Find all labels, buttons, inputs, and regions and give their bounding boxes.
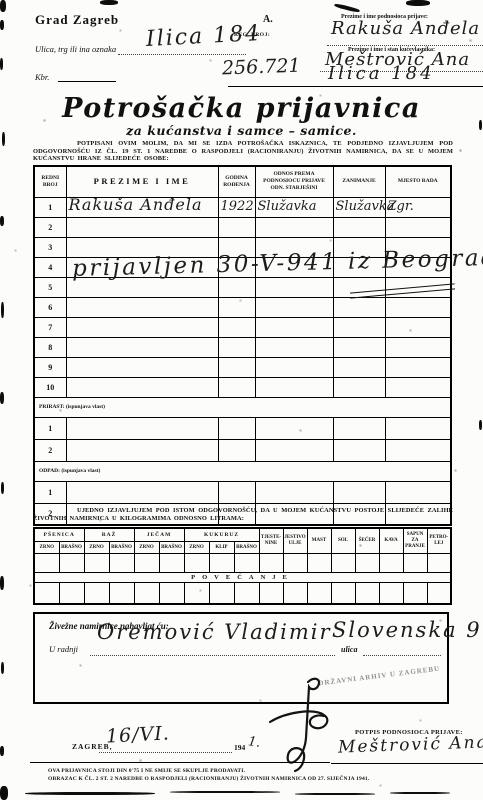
sub-header: ZRNO bbox=[34, 542, 59, 554]
form-title: Potrošačka prijavnica bbox=[0, 93, 483, 124]
scan-artifact bbox=[0, 0, 6, 12]
table-row: 10 bbox=[34, 377, 451, 397]
row-number: 4 bbox=[34, 257, 66, 277]
empty-cell bbox=[84, 583, 109, 604]
scan-artifact bbox=[479, 120, 482, 130]
declaration-paragraph-2: UJEDNO IZJAVLJUJEM POD ISTOM ODGOVORNOŠĆ… bbox=[33, 507, 453, 522]
col-header-jestivo-ulje: JESTIVO ULJE bbox=[283, 528, 307, 554]
scan-artifact bbox=[0, 216, 4, 226]
scan-artifact bbox=[390, 792, 450, 794]
section-letter: A. bbox=[263, 14, 273, 25]
empty-cell bbox=[218, 337, 255, 357]
empty-cell bbox=[66, 317, 218, 337]
footer-divider-line bbox=[30, 762, 330, 763]
scan-artifact bbox=[0, 58, 3, 70]
col-header-tjestenine: TJESTE-NINE bbox=[259, 528, 283, 554]
empty-cell bbox=[333, 481, 385, 503]
applicant-value: Rakuša Anđela bbox=[331, 20, 480, 38]
empty-cell bbox=[109, 554, 134, 573]
empty-cell bbox=[255, 377, 333, 397]
hw-occupation: Služavka bbox=[336, 200, 395, 213]
empty-cell bbox=[385, 481, 451, 503]
scanned-form: Grad Zagreb A. REG. BROJ: 256.721 Ulica,… bbox=[0, 0, 483, 800]
official-signature-flourish bbox=[266, 676, 340, 780]
sub-header: BRAŠNO bbox=[234, 542, 259, 554]
supplies-empty-row bbox=[34, 554, 451, 573]
empty-cell bbox=[307, 554, 331, 573]
shop-ulica-label: ulica bbox=[341, 645, 357, 654]
house-number-label: Kbr. bbox=[35, 72, 49, 82]
sub-header: ZRNO bbox=[134, 542, 159, 554]
empty-cell bbox=[283, 554, 307, 573]
shop-box: Živežne namirnice nabavljat ću: U radnji… bbox=[33, 612, 449, 704]
row-number: 1 bbox=[34, 417, 66, 439]
empty-cell bbox=[385, 297, 451, 317]
empty-cell bbox=[255, 357, 333, 377]
row-number: 5 bbox=[34, 277, 66, 297]
empty-cell bbox=[66, 439, 218, 461]
scan-artifact bbox=[1, 482, 4, 494]
empty-cell bbox=[34, 583, 59, 604]
col-header-mast: MAST bbox=[307, 528, 331, 554]
hw-relation: Služavka bbox=[258, 200, 317, 213]
supplies-table: PŠENICA RAŽ JEČAM KUKURUZ TJESTE-NINE JE… bbox=[33, 527, 452, 605]
col-header-sol: SOL bbox=[331, 528, 355, 554]
empty-cell bbox=[66, 297, 218, 317]
empty-cell bbox=[427, 554, 451, 573]
empty-cell bbox=[184, 554, 209, 573]
col-group-kukuruz: KUKURUZ bbox=[184, 528, 259, 542]
sub-header: ZRNO bbox=[184, 542, 209, 554]
row-number: 3 bbox=[34, 237, 66, 257]
empty-cell bbox=[66, 377, 218, 397]
empty-cell bbox=[234, 583, 259, 604]
empty-cell bbox=[385, 417, 451, 439]
applicant-fill-line bbox=[327, 44, 483, 46]
empty-cell bbox=[59, 583, 84, 604]
empty-cell bbox=[333, 317, 385, 337]
scan-artifact bbox=[0, 786, 8, 800]
prirast-band: PRIRAST: (ispunjava vlast) bbox=[34, 397, 451, 417]
empty-cell bbox=[218, 377, 255, 397]
signature-value: Meštrović Ana bbox=[338, 734, 483, 756]
empty-cell bbox=[307, 583, 331, 604]
col-group-raz: RAŽ bbox=[84, 528, 134, 542]
povecanje-band: POVEĆANJE bbox=[34, 573, 451, 583]
col-group-jecam: JEČAM bbox=[134, 528, 184, 542]
povecanje-label: POVEĆANJE bbox=[34, 573, 451, 583]
paper-noise bbox=[0, 0, 1, 1]
empty-cell bbox=[255, 277, 333, 297]
empty-cell bbox=[218, 357, 255, 377]
empty-cell bbox=[333, 297, 385, 317]
empty-cell bbox=[355, 554, 379, 573]
col-group-psenica: PŠENICA bbox=[34, 528, 84, 542]
street-value: Ilica 184 bbox=[146, 23, 262, 51]
table-row: 1 bbox=[34, 481, 451, 503]
row-number: 6 bbox=[34, 297, 66, 317]
shop-radnji-value: Oremović Vladimir bbox=[97, 622, 331, 643]
empty-cell bbox=[218, 417, 255, 439]
form-subtitle: za kućanstva i samce – samice. bbox=[0, 123, 483, 138]
empty-cell bbox=[255, 297, 333, 317]
empty-cell bbox=[259, 554, 283, 573]
col-header-redni-broj: REDNI BROJ bbox=[34, 166, 66, 197]
shop-radnji-label: U radnji bbox=[49, 644, 78, 654]
cell-relation: Služavka bbox=[255, 197, 333, 217]
empty-cell bbox=[159, 554, 184, 573]
empty-cell bbox=[134, 583, 159, 604]
col-header-petrolej: PETRO-LEJ bbox=[427, 528, 451, 554]
col-header-mjesto-rada: MJESTO RADA bbox=[385, 166, 451, 197]
empty-cell bbox=[218, 481, 255, 503]
cell-year: 1922 bbox=[218, 197, 255, 217]
empty-cell bbox=[385, 357, 451, 377]
empty-cell bbox=[333, 217, 385, 237]
scan-artifact bbox=[170, 791, 280, 793]
empty-cell bbox=[66, 481, 218, 503]
empty-cell bbox=[331, 583, 355, 604]
col-header-godina: GODINA ROĐENJA bbox=[218, 166, 255, 197]
empty-cell bbox=[403, 554, 427, 573]
scan-artifact bbox=[100, 0, 118, 5]
cell-occupation: Služavka bbox=[333, 197, 385, 217]
scan-artifact bbox=[1, 662, 4, 674]
footer-date-value: 16/VI. bbox=[106, 724, 171, 746]
empty-cell bbox=[66, 417, 218, 439]
empty-cell bbox=[255, 417, 333, 439]
empty-cell bbox=[255, 439, 333, 461]
empty-cell bbox=[218, 277, 255, 297]
empty-cell bbox=[218, 297, 255, 317]
shop-ulica-fill-line bbox=[363, 654, 441, 656]
sub-header: BRAŠNO bbox=[59, 542, 84, 554]
empty-cell bbox=[427, 583, 451, 604]
empty-cell bbox=[333, 357, 385, 377]
scan-artifact bbox=[0, 746, 4, 756]
empty-cell bbox=[209, 583, 234, 604]
cell-workplace: Zgr. bbox=[385, 197, 451, 217]
col-header-sapun: SAPUN ZA PRANJE bbox=[403, 528, 427, 554]
col-header-zanimanje: ZANIMANJE bbox=[333, 166, 385, 197]
table-row: 2 bbox=[34, 217, 451, 237]
empty-cell bbox=[218, 439, 255, 461]
empty-cell bbox=[385, 377, 451, 397]
supplies-group-header-row: PŠENICA RAŽ JEČAM KUKURUZ TJESTE-NINE JE… bbox=[34, 528, 451, 542]
empty-cell bbox=[255, 481, 333, 503]
row-number: 9 bbox=[34, 357, 66, 377]
empty-cell bbox=[255, 317, 333, 337]
col-header-kava: KAVA bbox=[379, 528, 403, 554]
empty-cell bbox=[385, 439, 451, 461]
fine-print-line-2: OBRAZAC K ČL. 2 ST. 2 NAREDBE O RASPODJE… bbox=[48, 776, 369, 782]
col-header-odnos: ODNOS PREMA PODNOSIOCU PRIJAVE ODN. STAR… bbox=[255, 166, 333, 197]
table-row: 9 bbox=[34, 357, 451, 377]
empty-cell bbox=[218, 217, 255, 237]
row-number: 1 bbox=[34, 481, 66, 503]
scan-artifact bbox=[479, 420, 482, 430]
empty-cell bbox=[333, 377, 385, 397]
persons-header-row: REDNI BROJ PREZIME I IME GODINA ROĐENJA … bbox=[34, 166, 451, 197]
table-row: 8 bbox=[34, 337, 451, 357]
footer-year-handwritten: 1. bbox=[247, 735, 261, 750]
scan-artifact bbox=[25, 792, 155, 795]
city-heading: Grad Zagreb bbox=[35, 12, 119, 28]
hw-name: Rakuša Anđela bbox=[69, 197, 203, 213]
house-number-fill-line bbox=[58, 81, 116, 82]
empty-cell bbox=[385, 317, 451, 337]
empty-cell bbox=[355, 583, 379, 604]
shop-ulica-value: Slovenska 9 bbox=[332, 620, 482, 641]
empty-cell bbox=[283, 583, 307, 604]
empty-cell bbox=[255, 217, 333, 237]
col-header-secer: ŠEĆER bbox=[355, 528, 379, 554]
prirast-label: PRIRAST: (ispunjava vlast) bbox=[34, 397, 451, 417]
scan-artifact bbox=[1, 302, 4, 318]
table-row: 1 bbox=[34, 417, 451, 439]
odpad-label: ODPAD: (ispunjava vlast) bbox=[34, 461, 451, 481]
street-label: Ulica, trg ili ina oznaka bbox=[35, 44, 116, 54]
scan-artifact bbox=[2, 132, 5, 146]
row-number: 8 bbox=[34, 337, 66, 357]
signature-fill-line bbox=[331, 763, 483, 764]
empty-cell bbox=[34, 554, 59, 573]
landlord-address-value: Ilica 184 bbox=[328, 65, 435, 83]
scan-artifact bbox=[0, 576, 4, 590]
empty-cell bbox=[333, 337, 385, 357]
hw-year: 1922 bbox=[221, 200, 254, 213]
empty-cell bbox=[385, 217, 451, 237]
empty-cell bbox=[234, 554, 259, 573]
odpad-band: ODPAD: (ispunjava vlast) bbox=[34, 461, 451, 481]
row-number: 2 bbox=[34, 217, 66, 237]
empty-cell bbox=[209, 554, 234, 573]
table-row: 2 bbox=[34, 439, 451, 461]
footer-date-fill-line bbox=[99, 751, 232, 753]
empty-cell bbox=[66, 337, 218, 357]
declaration-paragraph-1: POTPISANI OVIM MOLIM, DA MI SE IZDA POTR… bbox=[33, 140, 453, 163]
row-number: 2 bbox=[34, 439, 66, 461]
empty-cell bbox=[218, 317, 255, 337]
table-row: 1 Rakuša Anđela 1922 Služavka Služavka Z… bbox=[34, 197, 451, 217]
sub-header: BRAŠNO bbox=[109, 542, 134, 554]
table-row: 7 bbox=[34, 317, 451, 337]
empty-cell bbox=[385, 337, 451, 357]
scan-artifact bbox=[0, 392, 4, 404]
scan-artifact bbox=[0, 20, 4, 30]
footer-year-printed: 194 bbox=[234, 743, 245, 752]
scan-artifact bbox=[334, 3, 360, 13]
persons-table: REDNI BROJ PREZIME I IME GODINA ROĐENJA … bbox=[33, 165, 452, 526]
empty-cell bbox=[159, 583, 184, 604]
table-row: 6 bbox=[34, 297, 451, 317]
row-number: 1 bbox=[34, 197, 66, 217]
scan-artifact bbox=[295, 793, 375, 795]
sub-header: BRAŠNO bbox=[159, 542, 184, 554]
sub-header: KLIP bbox=[209, 542, 234, 554]
empty-cell bbox=[134, 554, 159, 573]
landlord-address-fill-line bbox=[228, 86, 483, 87]
row-number: 10 bbox=[34, 377, 66, 397]
sub-header: ZRNO bbox=[84, 542, 109, 554]
empty-cell bbox=[184, 583, 209, 604]
fine-print-line-1: OVA PRIJAVNICA STOJI DIN 0'75 I NE SMIJE… bbox=[48, 768, 245, 774]
supplies-empty-row bbox=[34, 583, 451, 604]
empty-cell bbox=[259, 583, 283, 604]
empty-cell bbox=[59, 554, 84, 573]
empty-cell bbox=[331, 554, 355, 573]
empty-cell bbox=[109, 583, 134, 604]
shop-radnji-fill-line bbox=[90, 654, 335, 656]
empty-cell bbox=[66, 217, 218, 237]
empty-cell bbox=[84, 554, 109, 573]
col-header-prezime-ime: PREZIME I IME bbox=[66, 166, 218, 197]
empty-cell bbox=[379, 583, 403, 604]
cell-name: Rakuša Anđela bbox=[66, 197, 218, 217]
street-fill-line bbox=[118, 53, 246, 55]
reg-number-value: 256.721 bbox=[222, 57, 301, 79]
row-number: 7 bbox=[34, 317, 66, 337]
empty-cell bbox=[255, 337, 333, 357]
empty-cell bbox=[403, 583, 427, 604]
scan-artifact bbox=[406, 0, 430, 6]
hw-workplace: Zgr. bbox=[388, 200, 414, 213]
empty-cell bbox=[333, 417, 385, 439]
empty-cell bbox=[333, 439, 385, 461]
empty-cell bbox=[379, 554, 403, 573]
empty-cell bbox=[66, 357, 218, 377]
